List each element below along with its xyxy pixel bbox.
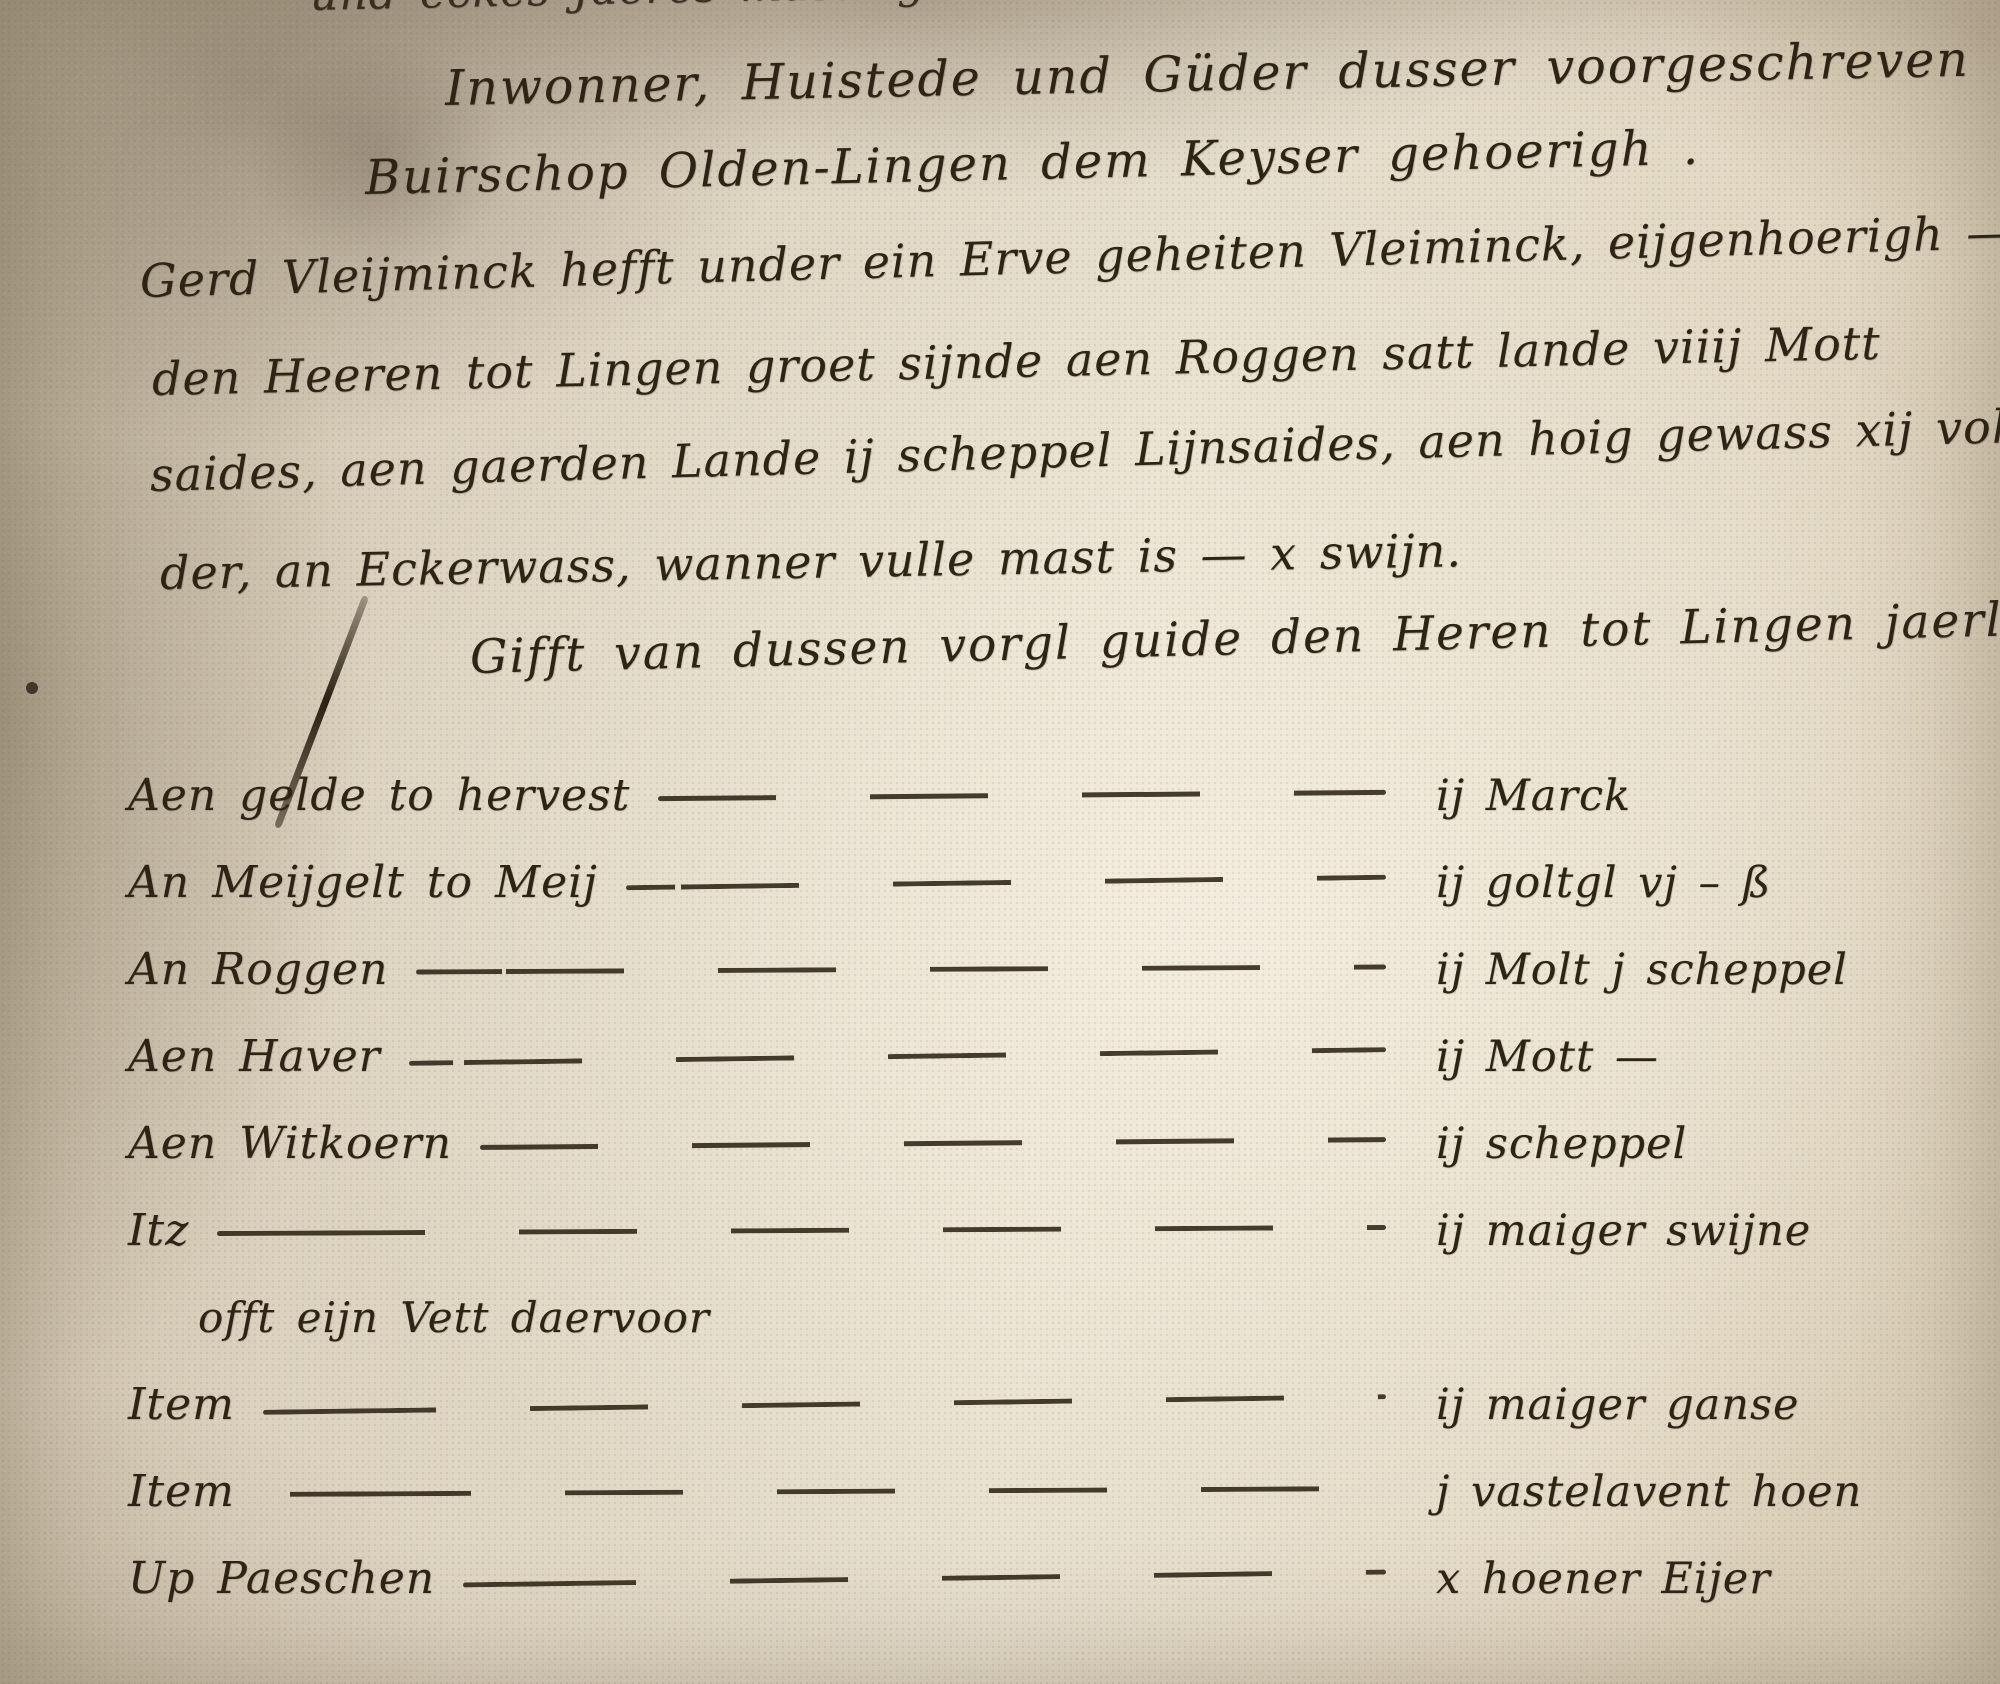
table-row: Itz ij maiger swijne xyxy=(128,1187,1876,1274)
entry-value: ij goltgl vj – ß xyxy=(1414,858,1876,908)
table-row: Aen gelde to hervest ij Marck xyxy=(128,752,1876,839)
entry-label: Up Paeschen xyxy=(128,1553,435,1604)
entry-value: ij maiger swijne xyxy=(1414,1206,1876,1256)
entry-value: x hoener Eijer xyxy=(1414,1554,1876,1604)
paragraph-line-4: der, an Eckerwass, wanner vulle mast is … xyxy=(160,523,1463,600)
dash-leader xyxy=(626,875,1386,891)
entry-value: ij Molt j scheppel xyxy=(1414,945,1876,995)
entry-value: ij Mott — xyxy=(1414,1032,1876,1082)
table-row: Item j vastelavent hoen xyxy=(128,1448,1876,1535)
table-row: Aen Witkoern ij scheppel xyxy=(128,1100,1876,1187)
stray-ink-dot xyxy=(26,682,38,694)
entry-value: ij scheppel xyxy=(1414,1119,1876,1169)
dash-leader xyxy=(463,1570,1386,1588)
table-row: Item ij maiger ganse xyxy=(128,1361,1876,1448)
entry-label: An Roggen xyxy=(128,944,388,995)
dash-leader xyxy=(263,1394,1386,1415)
paragraph-line-2: den Heeren tot Lingen groet sijnde aen R… xyxy=(151,316,1881,406)
entry-label: Aen Haver xyxy=(128,1031,381,1082)
table-row: An Roggen ij Molt j scheppel xyxy=(128,926,1876,1013)
document-title-line2: Buirschop Olden-Lingen dem Keyser gehoer… xyxy=(364,120,1700,206)
dash-leader xyxy=(263,1486,1386,1497)
manuscript-page: { "document": { "top_cut_line": "und eck… xyxy=(0,0,2000,1684)
table-note-row: offt eijn Vett daervoor xyxy=(128,1274,1876,1361)
entry-label: Item xyxy=(128,1379,235,1430)
paragraph-line-3: saides, aen gaerden Lande ij scheppel Li… xyxy=(149,399,2000,502)
entry-value: ij Marck xyxy=(1414,771,1876,821)
table-row: Aen Haver ij Mott — xyxy=(128,1013,1876,1100)
dash-leader xyxy=(217,1225,1386,1236)
entry-label: Aen Witkoern xyxy=(128,1118,452,1169)
dash-leader xyxy=(416,964,1386,974)
entry-label: An Meijgelt to Meij xyxy=(128,857,598,908)
entry-label: Aen gelde to hervest xyxy=(128,770,630,821)
note-text: offt eijn Vett daervoor xyxy=(198,1293,710,1342)
dash-leader xyxy=(480,1137,1386,1150)
entry-label: Item xyxy=(128,1466,235,1517)
table-row: Up Paeschen x hoener Eijer xyxy=(128,1535,1876,1622)
dash-leader xyxy=(409,1047,1386,1066)
dues-table: Aen gelde to hervest ij Marck An Meijgel… xyxy=(128,752,1876,1622)
dash-leader xyxy=(658,790,1386,801)
entry-value: j vastelavent hoen xyxy=(1414,1467,1876,1517)
document-title-line1: Inwonner, Huistede und Güder dusser voor… xyxy=(444,31,1970,117)
entry-label: Itz xyxy=(128,1205,189,1256)
cut-off-top-line: und eckes Jaeres mastinge . xyxy=(309,0,990,21)
dues-section-heading: Gifft van dussen vorgl guide den Heren t… xyxy=(469,590,2000,685)
table-row: An Meijgelt to Meij ij goltgl vj – ß xyxy=(128,839,1876,926)
entry-value: ij maiger ganse xyxy=(1414,1380,1876,1430)
